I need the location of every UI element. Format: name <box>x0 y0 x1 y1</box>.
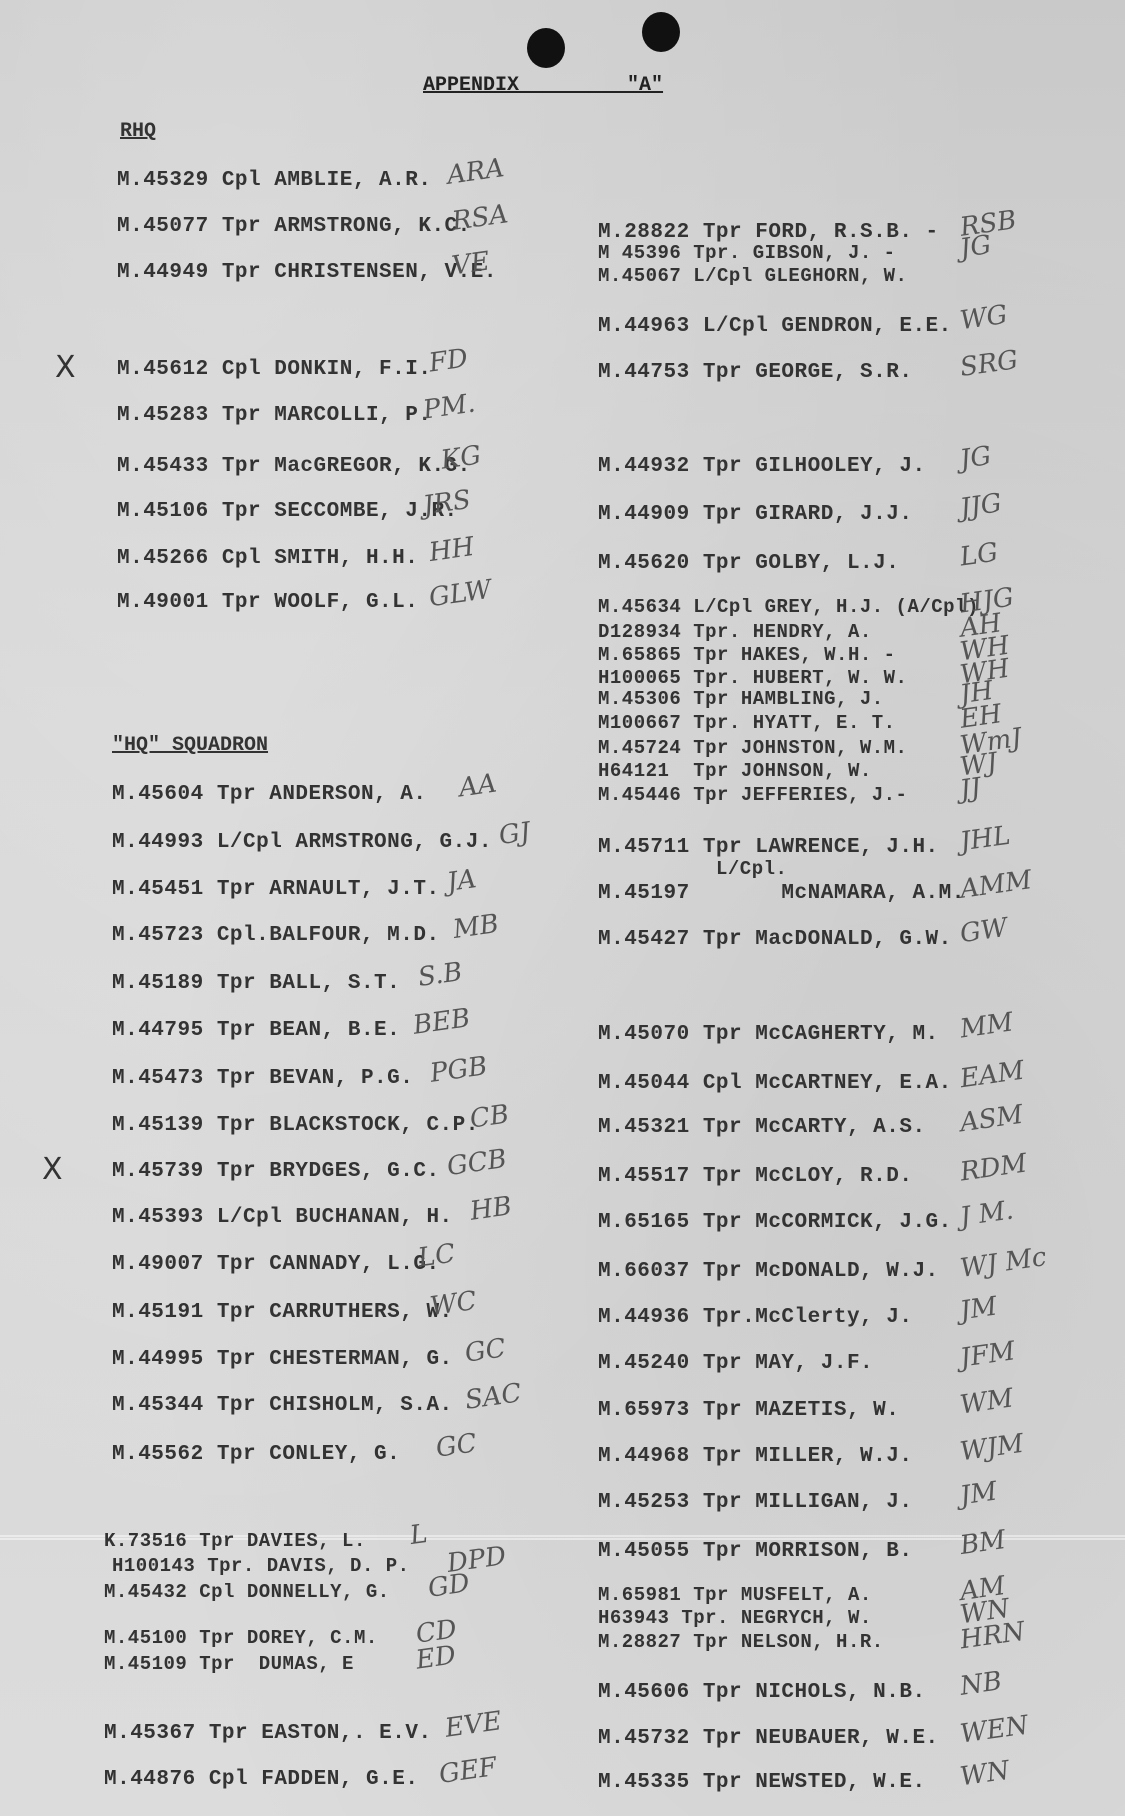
roster-entry: M.44936 Tpr.McClerty, J. <box>598 1306 912 1329</box>
roster-entry: M.45344 Tpr CHISHOLM, S.A. <box>112 1394 453 1417</box>
margin-x-mark: X <box>55 350 76 385</box>
roster-entry: M.65981 Tpr MUSFELT, A. <box>598 1586 872 1605</box>
handwritten-signature: WM <box>958 1383 1015 1420</box>
roster-entry: M.44993 L/Cpl ARMSTRONG, G.J. <box>112 831 492 854</box>
handwritten-signature: GEF <box>437 1752 498 1790</box>
roster-entry: M.45473 Tpr BEVAN, P.G. <box>112 1067 413 1090</box>
roster-entry: M.45393 L/Cpl BUCHANAN, H. <box>112 1206 453 1229</box>
roster-entry: M.45451 Tpr ARNAULT, J.T. <box>112 878 440 901</box>
roster-entry: M.45266 Cpl SMITH, H.H. <box>117 547 418 570</box>
roster-entry: M.45427 Tpr MacDONALD, G.W. <box>598 928 952 951</box>
roster-entry: M.45253 Tpr MILLIGAN, J. <box>598 1491 912 1514</box>
handwritten-signature: JJG <box>958 489 1003 525</box>
handwritten-signature: JHL <box>958 820 1012 857</box>
handwritten-signature: WC <box>428 1286 478 1322</box>
roster-entry: H63943 Tpr. NEGRYCH, W. <box>598 1609 872 1628</box>
handwritten-signature: VE <box>450 247 492 282</box>
handwritten-signature: ARA <box>445 153 506 191</box>
page-title: APPENDIX _______ "A" <box>423 74 663 97</box>
handwritten-signature: FD <box>427 343 470 378</box>
handwritten-signature: EAM <box>958 1056 1026 1095</box>
roster-entry: M.44963 L/Cpl GENDRON, E.E. <box>598 315 952 338</box>
roster-entry: M.65865 Tpr HAKES, W.H. - <box>598 646 896 665</box>
handwritten-signature: HB <box>469 1192 515 1228</box>
handwritten-signature: JRS <box>421 485 473 521</box>
handwritten-signature: GW <box>958 913 1009 949</box>
roster-entry: M.45306 Tpr HAMBLING, J. <box>598 690 884 709</box>
roster-entry: M.45240 Tpr MAY, J.F. <box>598 1352 873 1375</box>
handwritten-signature: WJM <box>958 1429 1025 1468</box>
rank-annotation: L/Cpl. <box>716 860 787 879</box>
roster-entry: M.45517 Tpr McCLOY, R.D. <box>598 1165 912 1188</box>
handwritten-signature: WN <box>958 1756 1011 1793</box>
roster-entry: M.45197 McNAMARA, A.M. <box>598 882 965 905</box>
handwritten-signature: GD <box>426 1568 471 1604</box>
handwritten-signature: BM <box>958 1525 1007 1561</box>
handwritten-signature: PGB <box>428 1052 489 1090</box>
handwritten-signature: J M. <box>958 1195 1015 1232</box>
roster-entry: K.73516 Tpr DAVIES, L. <box>104 1532 366 1551</box>
roster-entry: M.45109 Tpr DUMAS, E <box>104 1655 354 1674</box>
handwritten-signature: L <box>408 1519 429 1551</box>
roster-entry: M.65165 Tpr McCORMICK, J.G. <box>598 1211 952 1234</box>
handwritten-signature: GJ <box>497 817 532 851</box>
handwritten-signature: JJ <box>958 773 983 806</box>
handwritten-signature: JM <box>958 1477 999 1512</box>
handwritten-signature: LC <box>416 1238 457 1273</box>
roster-entry: M.45077 Tpr ARMSTRONG, K.C. <box>117 215 471 238</box>
section-heading-hq-squadron: "HQ" SQUADRON <box>112 734 268 757</box>
handwritten-signature: EVE <box>443 1706 503 1744</box>
roster-entry: M.66037 Tpr McDONALD, W.J. <box>598 1260 939 1283</box>
handwritten-signature: JM <box>958 1292 999 1327</box>
roster-entry: M 45396 Tpr. GIBSON, J. - <box>598 244 896 263</box>
handwritten-signature: ASM <box>958 1100 1025 1139</box>
handwritten-signature: LG <box>958 538 1000 573</box>
handwritten-signature: PM. <box>421 388 477 425</box>
roster-entry: M.45724 Tpr JOHNSTON, W.M. <box>598 739 907 758</box>
roster-entry: M.44795 Tpr BEAN, B.E. <box>112 1019 400 1042</box>
handwritten-signature: GLW <box>427 575 493 613</box>
roster-entry: M.45106 Tpr SECCOMBE, J.R. <box>117 500 458 523</box>
handwritten-signature: RSA <box>450 199 510 237</box>
roster-entry: M.65973 Tpr MAZETIS, W. <box>598 1399 899 1422</box>
handwritten-signature: WJ Mc <box>958 1242 1048 1284</box>
roster-entry: M.45100 Tpr DOREY, C.M. <box>104 1629 378 1648</box>
roster-entry: M.45562 Tpr CONLEY, G. <box>112 1443 400 1466</box>
roster-entry: M.44753 Tpr GEORGE, S.R. <box>598 361 912 384</box>
handwritten-signature: HH <box>427 532 476 568</box>
roster-entry: M.45139 Tpr BLACKSTOCK, C.P. <box>112 1114 479 1137</box>
handwritten-signature: S.B <box>416 958 464 994</box>
roster-entry: M.44876 Cpl FADDEN, G.E. <box>104 1768 418 1791</box>
roster-entry: M.45070 Tpr McCAGHERTY, M. <box>598 1023 939 1046</box>
punch-hole-right <box>642 12 680 52</box>
handwritten-signature: SRG <box>958 345 1020 383</box>
handwritten-signature: MB <box>451 909 500 945</box>
handwritten-signature: JG <box>958 441 993 475</box>
handwritten-signature: JFM <box>958 1337 1017 1374</box>
roster-entry: M.45732 Tpr NEUBAUER, W.E. <box>598 1727 939 1750</box>
roster-entry: M.28827 Tpr NELSON, H.R. <box>598 1633 884 1652</box>
handwritten-signature: AA <box>457 768 498 803</box>
roster-entry: M.45067 L/Cpl GLEGHORN, W. <box>598 267 907 286</box>
margin-x-mark: X <box>42 1152 63 1187</box>
roster-entry: H100143 Tpr. DAVIS, D. P. <box>112 1557 410 1576</box>
roster-entry: M100667 Tpr. HYATT, E. T. <box>598 714 896 733</box>
roster-entry: M.45604 Tpr ANDERSON, A. <box>112 783 426 806</box>
roster-entry: M.45335 Tpr NEWSTED, W.E. <box>598 1771 926 1794</box>
roster-entry: M.45634 L/Cpl GREY, H.J. (A/Cpl) <box>598 598 979 617</box>
roster-entry: M.45191 Tpr CARRUTHERS, W. <box>112 1301 453 1324</box>
roster-entry: H64121 Tpr JOHNSON, W. <box>598 762 872 781</box>
roster-entry: M.49007 Tpr CANNADY, L.G. <box>112 1253 440 1276</box>
roster-entry: H100065 Tpr. HUBERT, W. W. <box>598 669 907 688</box>
handwritten-signature: CB <box>469 1099 512 1134</box>
section-heading-rhq: RHQ <box>120 120 156 143</box>
roster-entry: M.44909 Tpr GIRARD, J.J. <box>598 503 912 526</box>
roster-entry: M.44949 Tpr CHRISTENSEN, V.E. <box>117 261 497 284</box>
handwritten-signature: WEN <box>958 1711 1030 1750</box>
roster-entry: M.44932 Tpr GILHOOLEY, J. <box>598 455 926 478</box>
roster-entry: M.45723 Cpl.BALFOUR, M.D. <box>112 924 440 947</box>
roster-entry: M.49001 Tpr WOOLF, G.L. <box>117 591 418 614</box>
handwritten-signature: WG <box>958 300 1009 336</box>
handwritten-signature: KG <box>439 440 483 475</box>
roster-entry: M.45711 Tpr LAWRENCE, J.H. <box>598 836 939 859</box>
roster-entry: M.45055 Tpr MORRISON, B. <box>598 1540 912 1563</box>
handwritten-signature: ED <box>414 1640 458 1675</box>
roster-entry: M.45606 Tpr NICHOLS, N.B. <box>598 1681 926 1704</box>
handwritten-signature: JG <box>958 230 993 264</box>
roster-entry: M.45283 Tpr MARCOLLI, P. <box>117 404 431 427</box>
handwritten-signature: GCB <box>445 1144 508 1182</box>
roster-entry: M.45367 Tpr EASTON,. E.V. <box>104 1722 432 1745</box>
roster-entry: M.45620 Tpr GOLBY, L.J. <box>598 552 899 575</box>
roster-entry: D128934 Tpr. HENDRY, A. <box>598 623 872 642</box>
roster-entry: M.45739 Tpr BRYDGES, G.C. <box>112 1160 440 1183</box>
roster-entry: M.45432 Cpl DONNELLY, G. <box>104 1583 390 1602</box>
handwritten-signature: MM <box>958 1008 1015 1045</box>
handwritten-signature: GC <box>434 1428 478 1463</box>
roster-entry: M.45446 Tpr JEFFERIES, J.- <box>598 786 907 805</box>
roster-entry: M.45329 Cpl AMBLIE, A.R. <box>117 169 431 192</box>
handwritten-signature: RDM <box>958 1148 1029 1187</box>
roster-entry: M.45321 Tpr McCARTY, A.S. <box>598 1116 926 1139</box>
punch-hole-left <box>527 28 565 68</box>
roster-entry: M.28822 Tpr FORD, R.S.B. - <box>598 221 939 244</box>
roster-entry: M.45189 Tpr BALL, S.T. <box>112 972 400 995</box>
handwritten-signature: GC <box>463 1333 507 1368</box>
handwritten-signature: AMM <box>958 865 1034 905</box>
roster-entry: M.45044 Cpl McCARTNEY, E.A. <box>598 1072 952 1095</box>
roster-entry: M.44968 Tpr MILLER, W.J. <box>598 1445 912 1468</box>
handwritten-signature: NB <box>958 1666 1004 1702</box>
handwritten-signature: JA <box>445 864 478 898</box>
roster-entry: M.44995 Tpr CHESTERMAN, G. <box>112 1348 453 1371</box>
handwritten-signature: SAC <box>463 1378 523 1416</box>
roster-entry: M.45612 Cpl DONKIN, F.I. <box>117 358 431 381</box>
handwritten-signature: BEB <box>411 1003 472 1041</box>
roster-entry: M.45433 Tpr MacGREGOR, K.G. <box>117 455 471 478</box>
